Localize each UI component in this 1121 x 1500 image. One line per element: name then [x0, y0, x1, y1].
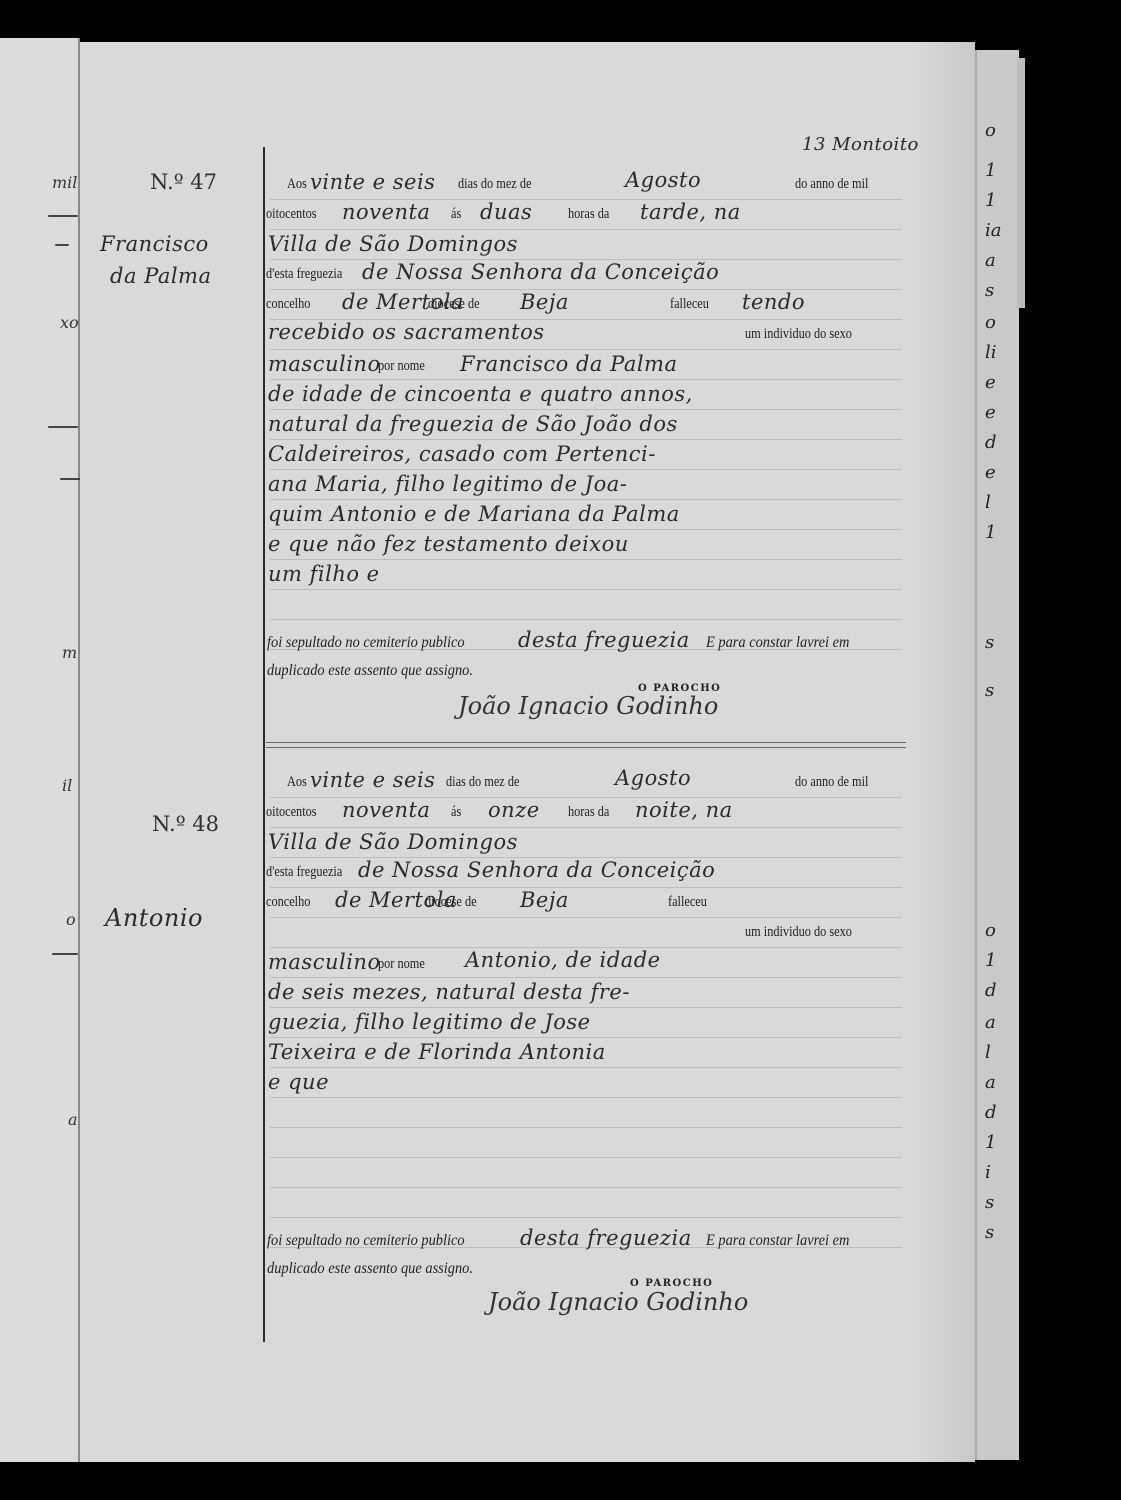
margin-name-line1: Francisco: [100, 232, 209, 256]
body-line: ana Maria, filho legitimo de Joa-: [268, 472, 627, 496]
left-ink-stroke: [52, 953, 78, 955]
left-fragment-text: xo: [60, 313, 79, 332]
margin-name-line2: da Palma: [110, 264, 212, 288]
left-fragment-text: il: [62, 776, 72, 795]
field-parish: de Nossa Senhora da Conceição: [358, 858, 715, 882]
label-constar: E para constar lavrei em: [706, 1232, 849, 1250]
field-period: tarde, na: [640, 200, 741, 224]
edge-char: l: [985, 492, 991, 513]
label-as: ás: [451, 804, 461, 821]
body-line: de seis mezes, natural desta fre-: [268, 980, 630, 1004]
label-as: ás: [451, 206, 461, 223]
edge-char: d: [985, 1102, 997, 1123]
register-page: 13 Montoito N.º 47 Francisco da Palma Ao…: [80, 42, 975, 1462]
body-line: Caldeireiros, casado com Pertenci-: [268, 442, 656, 466]
margin-name: Antonio: [105, 904, 203, 932]
edge-char: 1: [985, 1132, 996, 1153]
field-died-note: tendo: [742, 290, 805, 314]
label-falleceu: falleceu: [668, 894, 707, 911]
body-line: e que: [268, 1070, 329, 1094]
label-horas: horas da: [568, 804, 609, 821]
label-sepultado: foi sepultado no cemiterio publico: [267, 634, 465, 652]
left-page-fragment: mil xo m il o a: [0, 38, 80, 1462]
page-edge-sliver: [1017, 58, 1025, 308]
field-year: noventa: [342, 200, 430, 224]
edge-char: e: [985, 372, 996, 393]
label-oitocentos: oitocentos: [266, 804, 317, 821]
field-day: vinte e seis: [310, 170, 435, 194]
label-concelho: concelho: [266, 894, 310, 911]
label-anno: do anno de mil: [795, 176, 868, 193]
label-nome: por nome: [378, 358, 425, 375]
edge-char: d: [985, 432, 997, 453]
body-line: Teixeira e de Florinda Antonia: [268, 1040, 606, 1064]
field-month: Agosto: [615, 766, 691, 790]
edge-char: a: [985, 1012, 996, 1033]
field-day: vinte e seis: [310, 768, 435, 792]
left-fragment-text: a: [68, 1110, 78, 1129]
signature: João Ignacio Godinho: [458, 692, 718, 720]
label-oitocentos: oitocentos: [266, 206, 317, 223]
left-fragment-text: mil: [52, 173, 77, 192]
left-fragment-text: o: [66, 910, 76, 929]
label-concelho: concelho: [266, 296, 310, 313]
field-hour: onze: [488, 798, 540, 822]
label-dias: dias do mez de: [446, 774, 519, 791]
label-diocese: diocese de: [428, 296, 480, 313]
edge-char: s: [985, 680, 994, 701]
body-line: e que não fez testamento deixou: [268, 532, 629, 556]
label-sepultado: foi sepultado no cemiterio publico: [267, 1232, 465, 1250]
edge-char: 1: [985, 190, 996, 211]
entry-separator: [266, 742, 906, 743]
edge-char: o: [985, 312, 996, 333]
edge-char: li: [985, 342, 997, 363]
body-line: um filho e: [268, 562, 380, 586]
page-annotation: 13 Montoito: [802, 134, 919, 155]
field-diocese: Beja: [520, 290, 569, 314]
field-place: Villa de São Domingos: [268, 232, 518, 256]
field-place: Villa de São Domingos: [268, 830, 518, 854]
label-aos: Aos: [287, 774, 307, 791]
body-line: quim Antonio e de Mariana da Palma: [268, 502, 680, 526]
label-sexo: um individuo do sexo: [745, 326, 852, 343]
edge-char: e: [985, 402, 996, 423]
label-freguezia: d'esta freguezia: [266, 266, 342, 283]
edge-char: o: [985, 120, 996, 141]
field-burial: desta freguezia: [518, 628, 690, 652]
left-ink-stroke: [55, 244, 69, 246]
stacked-page-edges: o 1 1 ia a s o li e e d e l 1 s s o 1 d …: [975, 50, 1019, 1460]
field-parish: de Nossa Senhora da Conceição: [362, 260, 719, 284]
body-line: guezia, filho legitimo de Jose: [268, 1010, 591, 1034]
field-burial: desta freguezia: [520, 1226, 692, 1250]
label-duplicado: duplicado este assento que assigno.: [267, 1260, 473, 1278]
label-freguezia: d'esta freguezia: [266, 864, 342, 881]
edge-char: a: [985, 1072, 996, 1093]
label-sexo: um individuo do sexo: [745, 924, 852, 941]
edge-char: s: [985, 280, 994, 301]
label-aos: Aos: [287, 176, 307, 193]
edge-char: l: [985, 1042, 991, 1063]
field-period: noite, na: [635, 798, 733, 822]
label-duplicado: duplicado este assento que assigno.: [267, 662, 473, 680]
body-line: natural da freguezia de São João dos: [268, 412, 678, 436]
label-dias: dias do mez de: [458, 176, 531, 193]
edge-char: 1: [985, 160, 996, 181]
entry-separator: [266, 747, 906, 748]
edge-char: s: [985, 632, 994, 653]
left-fragment-text: m: [62, 643, 77, 662]
field-sacraments: recebido os sacramentos: [268, 320, 545, 344]
edge-char: 1: [985, 950, 996, 971]
left-ink-stroke: [48, 426, 78, 428]
edge-char: a: [985, 250, 996, 271]
label-nome: por nome: [378, 956, 425, 973]
field-year: noventa: [342, 798, 430, 822]
edge-char: e: [985, 462, 996, 483]
field-name: Antonio, de idade: [465, 948, 661, 972]
field-diocese: Beja: [520, 888, 569, 912]
field-name: Francisco da Palma: [460, 352, 677, 376]
field-sex: masculino: [268, 352, 381, 376]
entry-number: N.º 48: [152, 812, 219, 836]
label-anno: do anno de mil: [795, 774, 868, 791]
margin-rule: [263, 147, 265, 1342]
edge-char: s: [985, 1222, 994, 1243]
entry-number: N.º 47: [150, 170, 217, 194]
label-diocese: diocese de: [425, 894, 477, 911]
label-falleceu: falleceu: [670, 296, 709, 313]
field-hour: duas: [480, 200, 532, 224]
edge-char: d: [985, 980, 997, 1001]
label-constar: E para constar lavrei em: [706, 634, 849, 652]
signature: João Ignacio Godinho: [488, 1288, 748, 1316]
label-horas: horas da: [568, 206, 609, 223]
body-line: de idade de cincoenta e quatro annos,: [268, 382, 693, 406]
edge-char: s: [985, 1192, 994, 1213]
edge-char: o: [985, 920, 996, 941]
field-sex: masculino: [268, 950, 381, 974]
field-month: Agosto: [625, 168, 701, 192]
left-ink-stroke: [48, 215, 78, 217]
edge-char: i: [985, 1162, 991, 1183]
edge-char: 1: [985, 522, 996, 543]
edge-char: ia: [985, 220, 1002, 241]
